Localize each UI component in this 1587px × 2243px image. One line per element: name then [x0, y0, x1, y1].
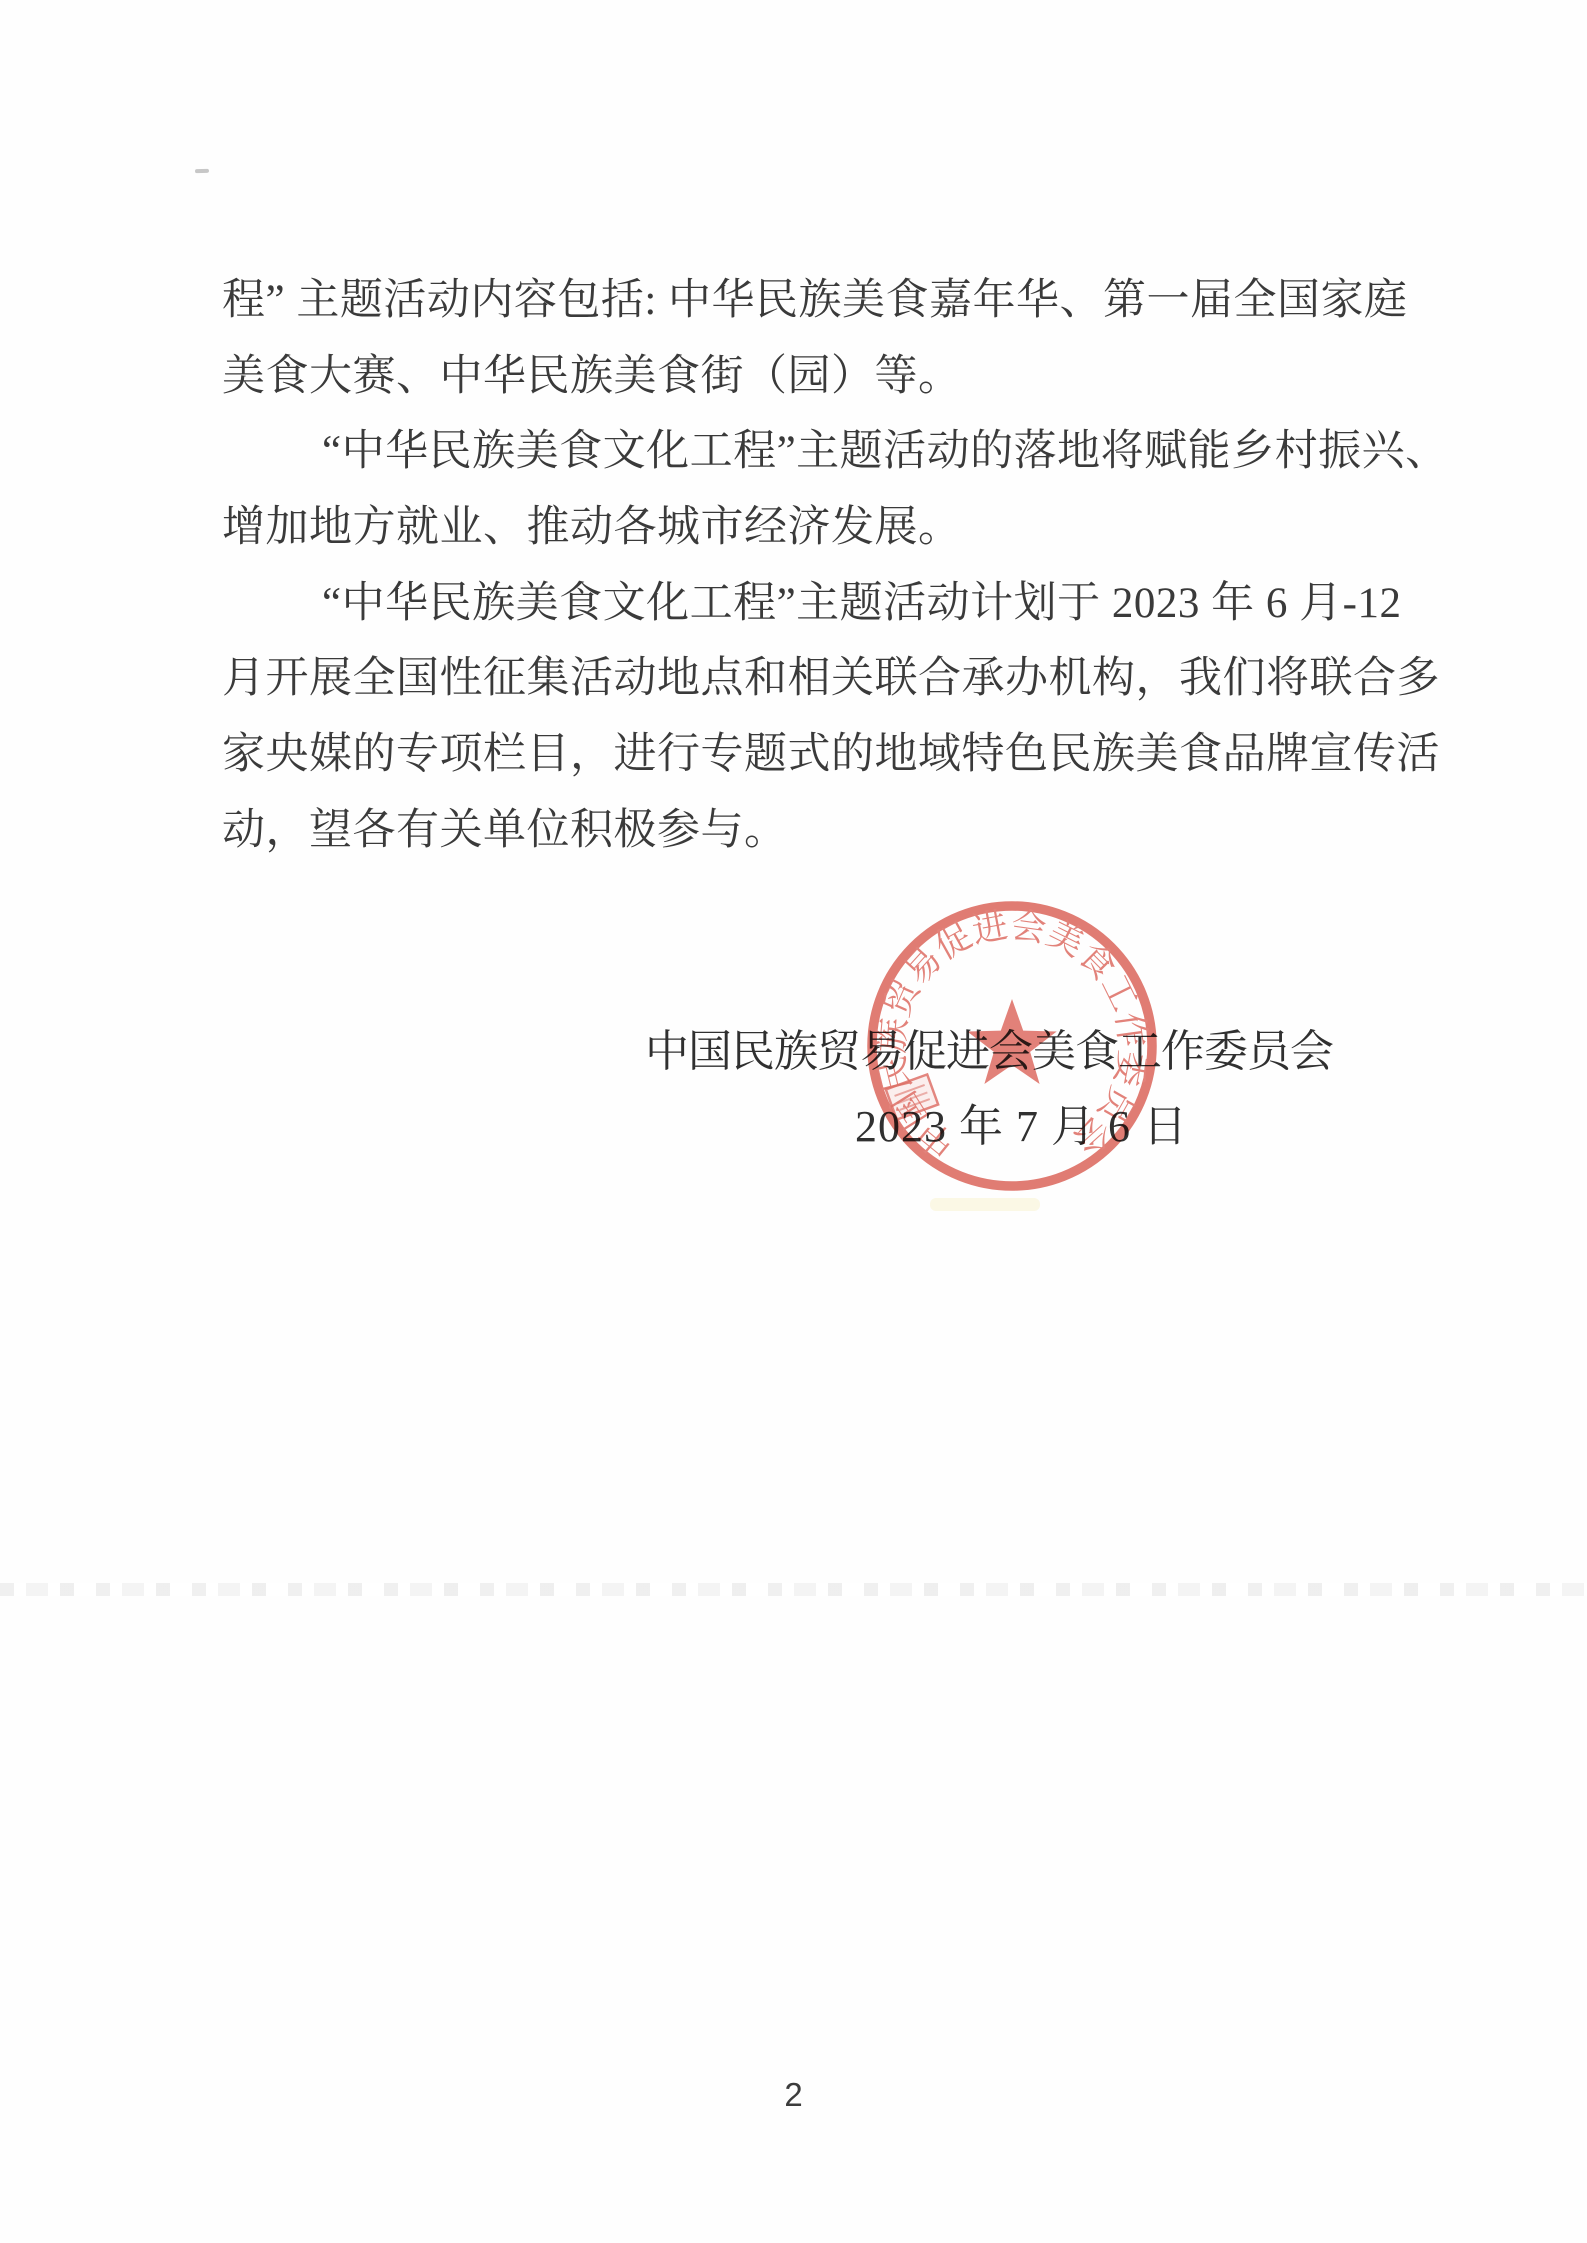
- body-paragraphs: 程” 主题活动内容包括: 中华民族美食嘉年华、第一届全国家庭 美食大赛、中华民族…: [222, 263, 1395, 869]
- body-line-8: 动，望各有关单位积极参与。: [222, 793, 1395, 869]
- body-line-6: 月开展全国性征集活动地点和相关联合承办机构，我们将联合多: [222, 641, 1395, 717]
- seal-star-icon: [967, 999, 1056, 1084]
- scan-speck: [195, 169, 209, 173]
- body-line-1: 程” 主题活动内容包括: 中华民族美食嘉年华、第一届全国家庭: [222, 263, 1395, 339]
- page-number: 2: [0, 2076, 1587, 2114]
- body-line-2: 美食大赛、中华民族美食街（园）等。: [222, 339, 1395, 415]
- scan-smudge: [930, 1198, 1040, 1211]
- scan-artifact-dashed-line: [0, 1583, 1587, 1596]
- body-line-7: 家央媒的专项栏目，进行专题式的地域特色民族美食品牌宣传活: [222, 717, 1395, 793]
- body-line-4: 增加地方就业、推动各城市经济发展。: [222, 490, 1395, 566]
- document-page: 程” 主题活动内容包括: 中华民族美食嘉年华、第一届全国家庭 美食大赛、中华民族…: [0, 0, 1587, 2243]
- official-seal-stamp: 中国民族贸易促进会美食工作委员会: [864, 898, 1160, 1194]
- body-line-5: “中华民族美食文化工程”主题活动计划于 2023 年 6 月-12: [222, 566, 1395, 642]
- body-line-3: “中华民族美食文化工程”主题活动的落地将赋能乡村振兴、: [222, 414, 1395, 490]
